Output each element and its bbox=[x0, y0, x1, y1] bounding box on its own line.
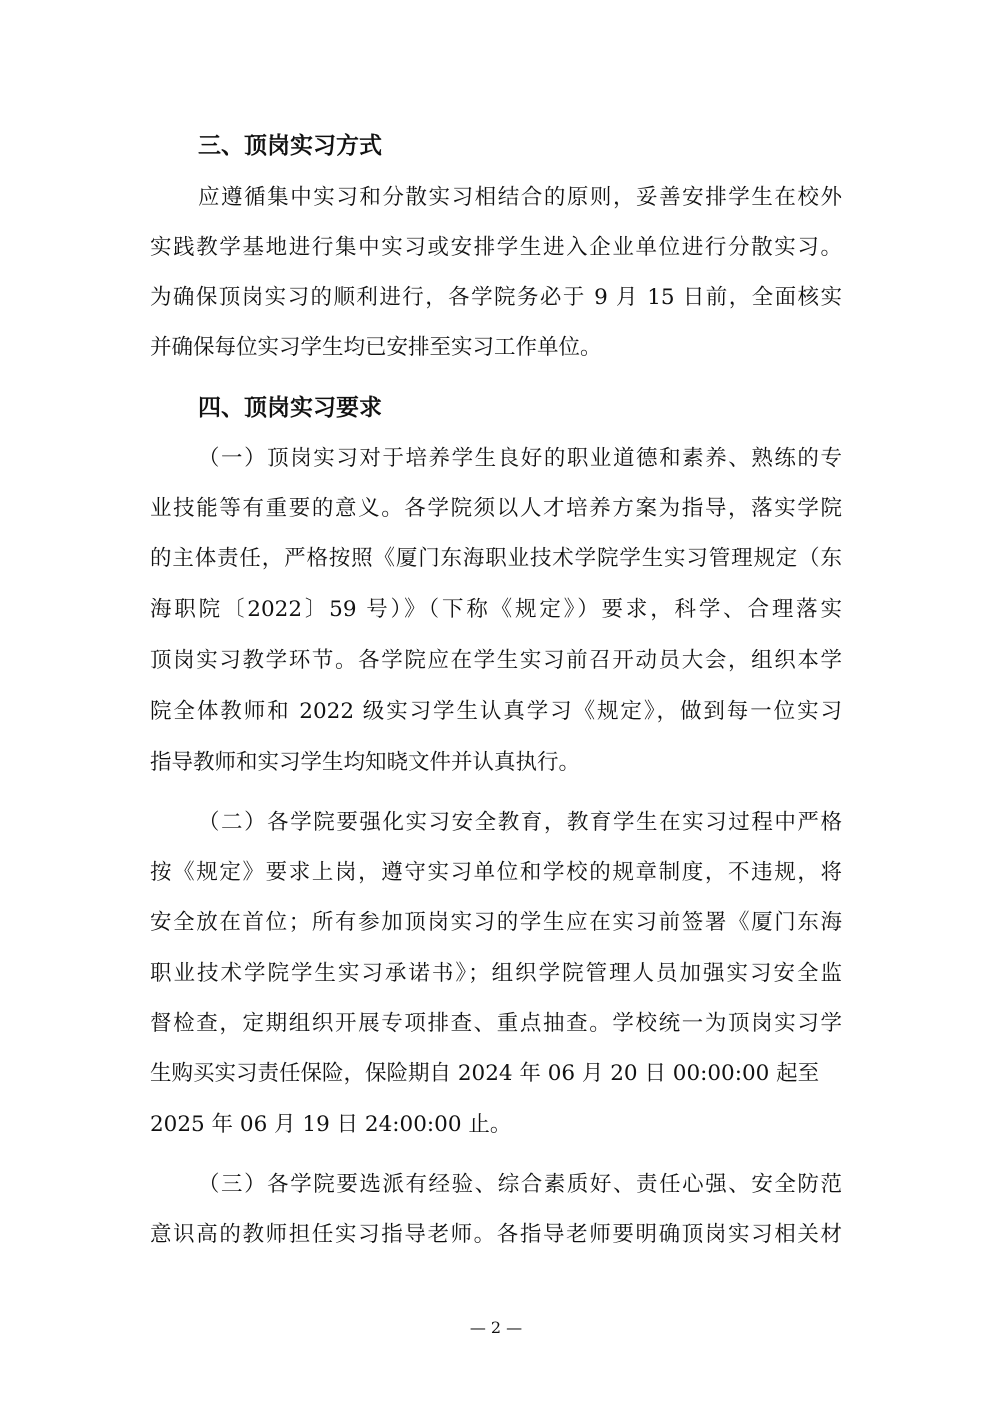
paragraph-line: 的主体责任，严格按照《厦门东海职业技术学院学生实习管理规定（东 bbox=[150, 544, 842, 574]
section-heading-4: 四、顶岗实习要求 bbox=[198, 393, 382, 423]
paragraph-line: 实践教学基地进行集中实习或安排学生进入企业单位进行分散实习。 bbox=[150, 233, 842, 263]
paragraph-line: 督检查，定期组织开展专项排查、重点抽查。学校统一为顶岗实习学 bbox=[150, 1009, 842, 1039]
page-number: — 2 — bbox=[0, 1318, 992, 1338]
paragraph-line: 海职院〔2022〕59 号）》（下称《规定》）要求，科学、合理落实 bbox=[150, 595, 842, 625]
paragraph-line: 院全体教师和 2022 级实习学生认真学习《规定》，做到每一位实习 bbox=[150, 697, 842, 727]
paragraph-line: 并确保每位实习学生均已安排至实习工作单位。 bbox=[150, 333, 842, 363]
document-page: 三、顶岗实习方式 应遵循集中实习和分散实习相结合的原则，妥善安排学生在校外 实践… bbox=[0, 0, 992, 1403]
paragraph-line: 业技能等有重要的意义。各学院须以人才培养方案为指导，落实学院 bbox=[150, 494, 842, 524]
paragraph-line: 意识高的教师担任实习指导老师。各指导老师要明确顶岗实习相关材 bbox=[150, 1220, 842, 1250]
paragraph-line: 2025 年 06 月 19 日 24:00:00 止。 bbox=[150, 1110, 842, 1140]
paragraph-line: 指导教师和实习学生均知晓文件并认真执行。 bbox=[150, 748, 842, 778]
paragraph-line: 为确保顶岗实习的顺利进行，各学院务必于 9 月 15 日前，全面核实 bbox=[150, 283, 842, 313]
paragraph-line: 按《规定》要求上岗，遵守实习单位和学校的规章制度，不违规，将 bbox=[150, 858, 842, 888]
paragraph-line: （二）各学院要强化实习安全教育，教育学生在实习过程中严格 bbox=[198, 808, 842, 838]
paragraph-line: 职业技术学院学生实习承诺书》；组织学院管理人员加强实习安全监 bbox=[150, 959, 842, 989]
paragraph-line: 生购买实习责任保险，保险期自 2024 年 06 月 20 日 00:00:00… bbox=[150, 1059, 842, 1089]
paragraph-line: 应遵循集中实习和分散实习相结合的原则，妥善安排学生在校外 bbox=[198, 183, 842, 213]
paragraph-line: 安全放在首位；所有参加顶岗实习的学生应在实习前签署《厦门东海 bbox=[150, 908, 842, 938]
paragraph-line: 顶岗实习教学环节。各学院应在学生实习前召开动员大会，组织本学 bbox=[150, 646, 842, 676]
paragraph-line: （三）各学院要选派有经验、综合素质好、责任心强、安全防范 bbox=[198, 1170, 842, 1200]
section-heading-3: 三、顶岗实习方式 bbox=[198, 131, 382, 161]
paragraph-line: （一）顶岗实习对于培养学生良好的职业道德和素养、熟练的专 bbox=[198, 444, 842, 474]
